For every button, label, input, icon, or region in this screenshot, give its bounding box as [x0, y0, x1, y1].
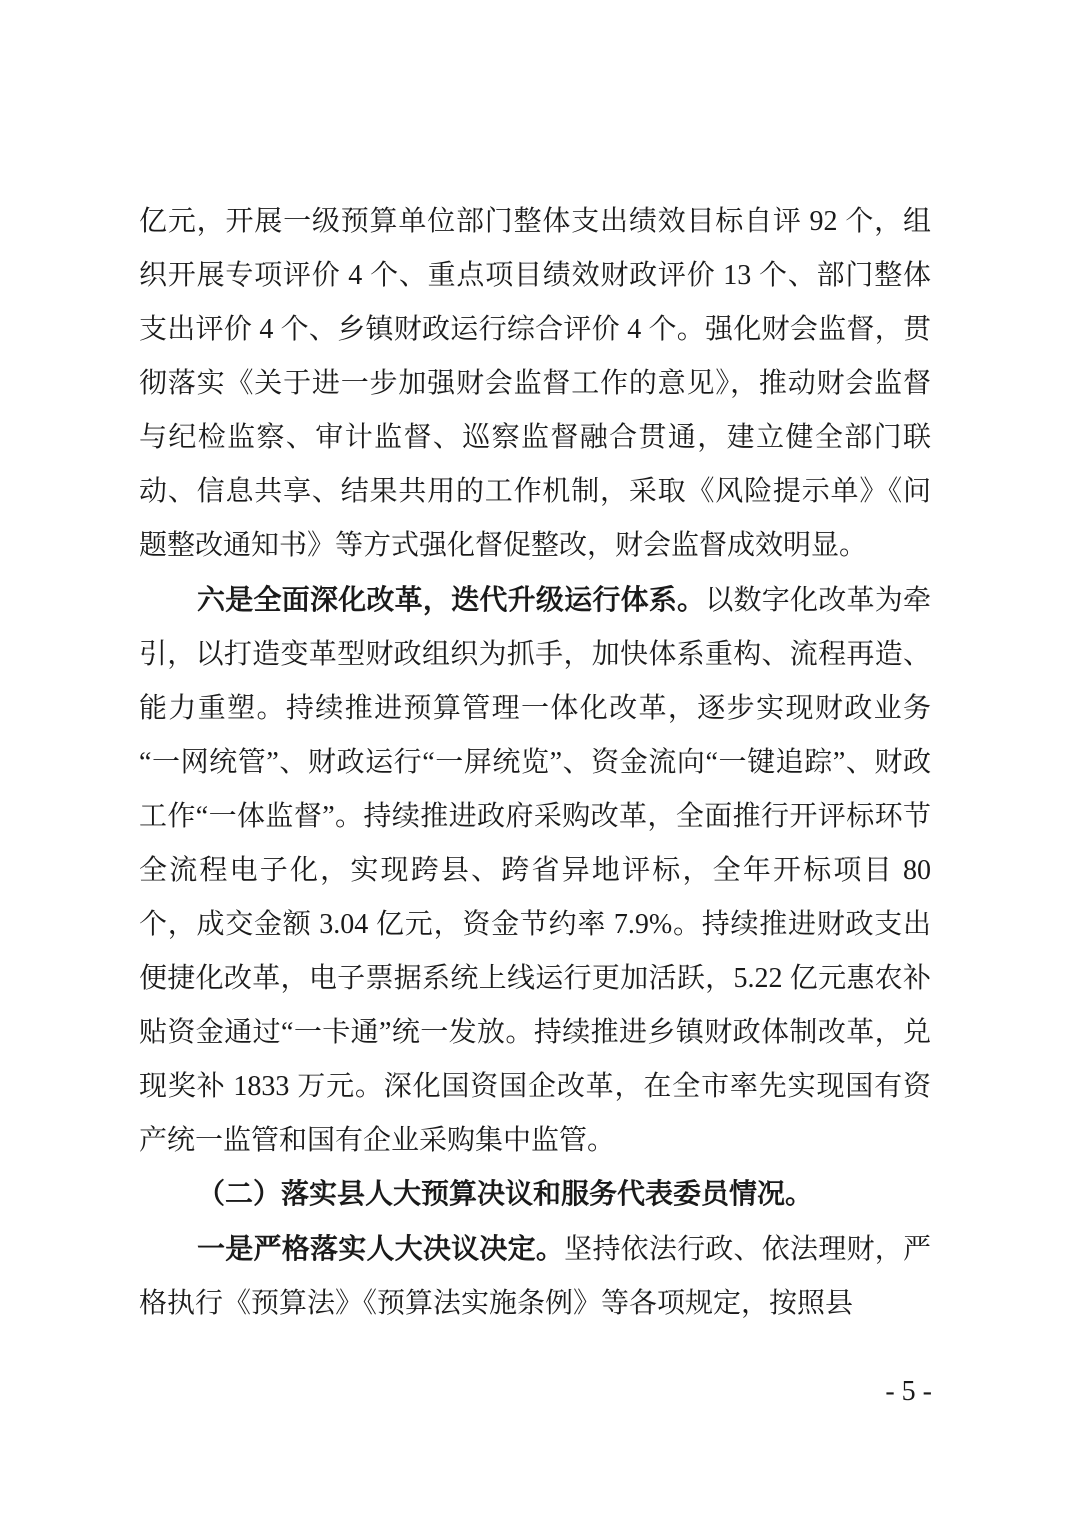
paragraph-bold-lead: 六是全面深化改革，迭代升级运行体系。	[197, 584, 705, 615]
paragraph-text: 以数字化改革为牵引，以打造变革型财政组织为抓手，加快体系重构、流程再造、能力重塑…	[139, 585, 931, 1156]
document-body: 亿元，开展一级预算单位部门整体支出绩效目标自评 92 个，组织开展专项评价 4 …	[139, 195, 931, 1331]
paragraph-bold-lead: 一是严格落实人大决议决定。	[197, 1233, 564, 1264]
body-paragraph: 一是严格落实人大决议决定。坚持依法行政、依法理财，严格执行《预算法》《预算法实施…	[139, 1222, 931, 1331]
section-heading: （二）落实县人大预算决议和服务代表委员情况。	[139, 1168, 931, 1222]
document-page: 亿元，开展一级预算单位部门整体支出绩效目标自评 92 个，组织开展专项评价 4 …	[0, 0, 1069, 1514]
body-paragraph: 六是全面深化改革，迭代升级运行体系。以数字化改革为牵引，以打造变革型财政组织为抓…	[139, 573, 931, 1168]
body-paragraph-continuation: 亿元，开展一级预算单位部门整体支出绩效目标自评 92 个，组织开展专项评价 4 …	[139, 195, 931, 573]
page-number: - 5 -	[885, 1376, 932, 1408]
